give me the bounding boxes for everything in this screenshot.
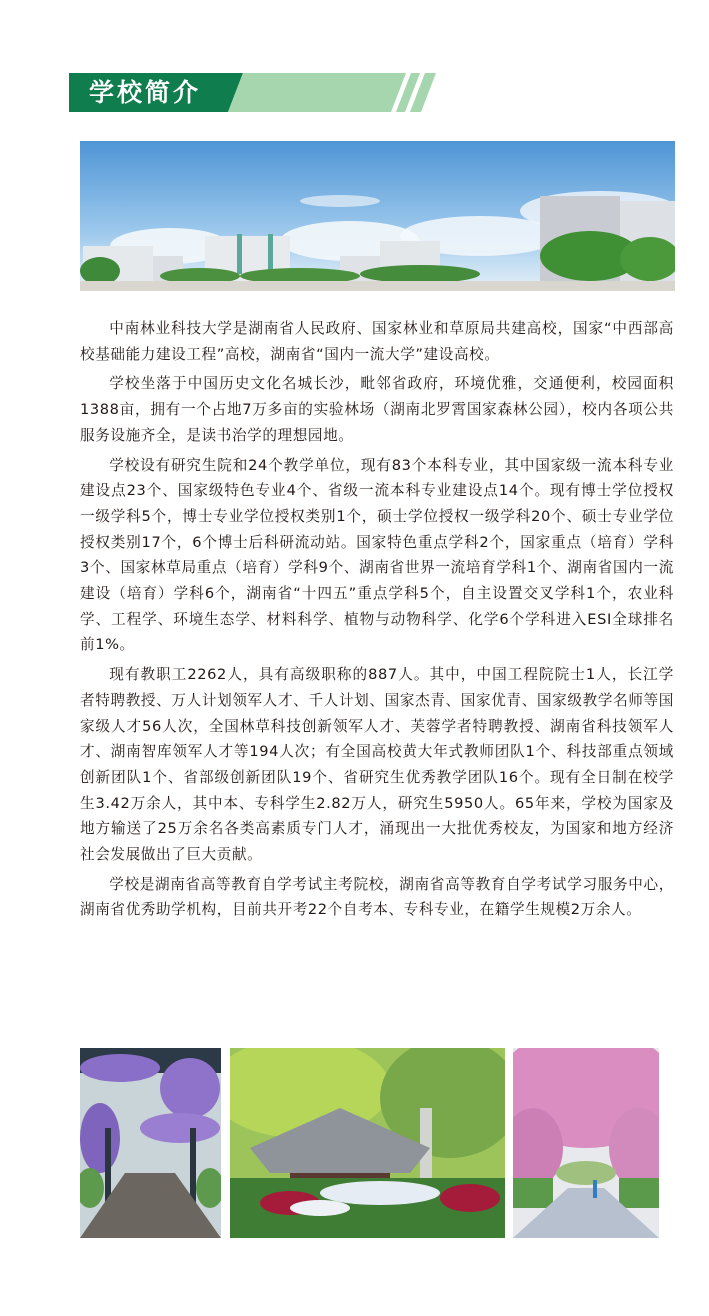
paragraph-faculty-students: 现有教职工2262人，具有高级职称的887人。其中，中国工程院院士1人，长江学者… <box>80 662 674 868</box>
photo-cherry-blossom-road <box>513 1048 659 1238</box>
paragraph-self-study-exam: 学校是湖南省高等教育自学考试主考院校，湖南省高等教育自学考试学习服务中心，湖南省… <box>80 872 674 923</box>
section-header: 学校简介 <box>69 73 439 112</box>
photo-pavilion-garden <box>230 1048 505 1238</box>
paragraph-disciplines: 学校设有研究生院和24个教学单位，现有83个本科专业，其中国家级一流本科专业建设… <box>80 453 674 659</box>
campus-panorama-image <box>80 141 675 291</box>
school-introduction-text: 中南林业科技大学是湖南省人民政府、国家林业和草原局共建高校，国家“中西部高校基础… <box>80 316 674 927</box>
photo-wisteria-corridor <box>80 1048 221 1238</box>
paragraph-location: 学校坐落于中国历史文化名城长沙，毗邻省政府，环境优雅，交通便利，校园面积1388… <box>80 371 674 448</box>
section-title: 学校简介 <box>89 75 201 110</box>
paragraph-overview: 中南林业科技大学是湖南省人民政府、国家林业和草原局共建高校，国家“中西部高校基础… <box>80 316 674 367</box>
